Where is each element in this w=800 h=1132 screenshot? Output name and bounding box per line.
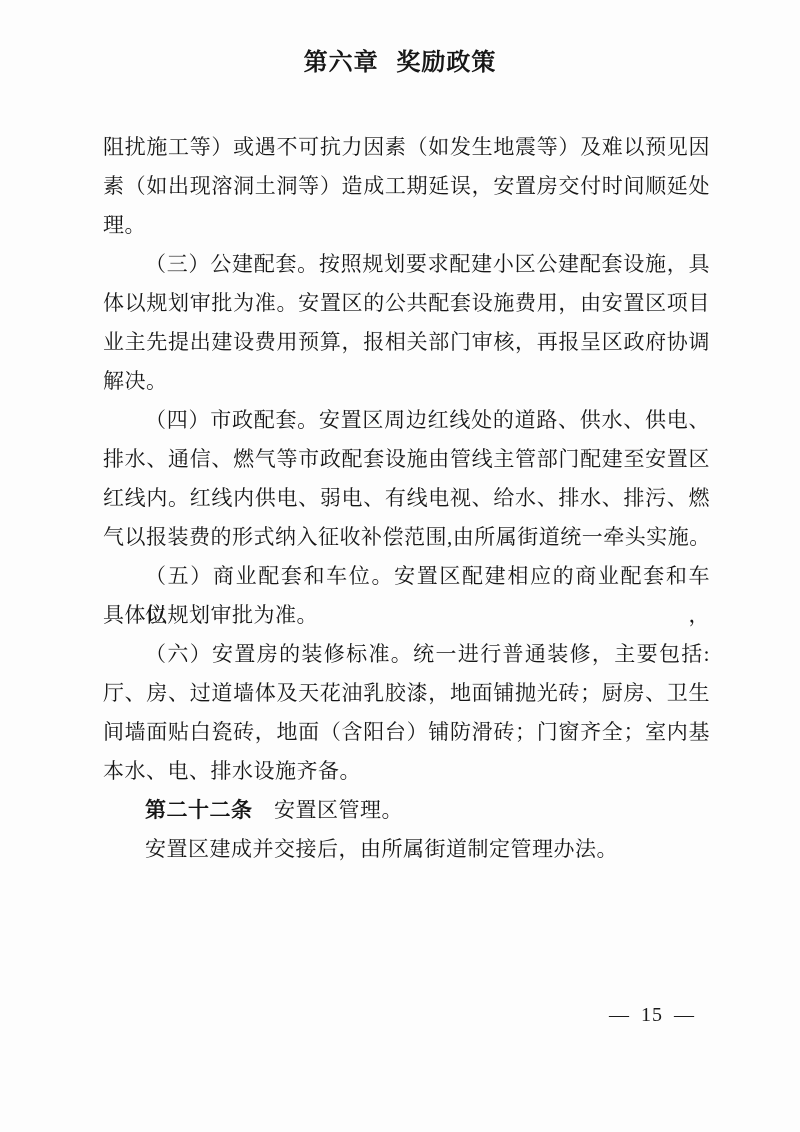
text-segment: 体以规划审批为准。安置区的公共配套设施费用，由安置区项目: [103, 291, 710, 315]
text-segment: 具体以规划审批为准。: [103, 603, 318, 627]
text-segment: 业主先提出建设费用预算，报相关部门审核，再报呈区政府协调: [103, 330, 710, 354]
text-segment: 排水、通信、燃气等市政配套设施由管线主管部门配建至安置区: [103, 447, 710, 471]
text-line: 第二十二条 安置区管理。: [103, 791, 710, 830]
text-segment: 安置区管理。: [253, 798, 404, 822]
text-segment: 素（如出现溶洞土洞等）造成工期延误，安置房交付时间顺延处: [103, 174, 710, 198]
page-number: — 15 —: [609, 1004, 695, 1027]
text-segment: 本水、电、排水设施齐备。: [103, 759, 361, 783]
text-line: （六）安置房的装修标准。统一进行普通装修，主要包括:: [103, 635, 710, 674]
text-line: 间墙面贴白瓷砖，地面（含阳台）铺防滑砖；门窗齐全；室内基: [103, 713, 710, 752]
text-segment: （六）安置房的装修标准。统一进行普通装修，主要包括:: [145, 642, 710, 666]
text-segment: 红线内。红线内供电、弱电、有线电视、给水、排水、排污、燃: [103, 486, 710, 510]
text-line: 阻扰施工等）或遇不可抗力因素（如发生地震等）及难以预见因: [103, 128, 710, 167]
text-segment: 安置区建成并交接后，由所属街道制定管理办法。: [145, 837, 618, 861]
bold-text-segment: 第二十二条: [145, 799, 253, 822]
text-line: 素（如出现溶洞土洞等）造成工期延误，安置房交付时间顺延处: [103, 167, 710, 206]
text-line: 红线内。红线内供电、弱电、有线电视、给水、排水、排污、燃: [103, 479, 710, 518]
text-segment: （四）市政配套。安置区周边红线处的道路、供水、供电、: [145, 408, 710, 432]
text-segment: 间墙面贴白瓷砖，地面（含阳台）铺防滑砖；门窗齐全；室内基: [103, 720, 710, 744]
text-line: （五）商业配套和车位。安置区配建相应的商业配套和车位，: [103, 557, 710, 596]
text-line: （三）公建配套。按照规划要求配建小区公建配套设施，具: [103, 245, 710, 284]
text-line: 体以规划审批为准。安置区的公共配套设施费用，由安置区项目: [103, 284, 710, 323]
text-line: 安置区建成并交接后，由所属街道制定管理办法。: [103, 830, 710, 869]
text-segment: 理。: [103, 213, 146, 237]
document-page: 阻扰施工等）或遇不可抗力因素（如发生地震等）及难以预见因素（如出现溶洞土洞等）造…: [0, 0, 800, 1132]
text-segment: 厅、房、过道墙体及天花油乳胶漆，地面铺抛光砖；厨房、卫生: [103, 681, 710, 705]
text-line: （四）市政配套。安置区周边红线处的道路、供水、供电、: [103, 401, 710, 440]
chapter-heading: 第六章 奖励政策: [0, 43, 800, 83]
text-line: 解决。: [103, 362, 710, 401]
text-line: 理。: [103, 206, 710, 245]
text-line: 本水、电、排水设施齐备。: [103, 752, 710, 791]
text-segment: 解决。: [103, 369, 168, 393]
document-body: 阻扰施工等）或遇不可抗力因素（如发生地震等）及难以预见因素（如出现溶洞土洞等）造…: [103, 128, 710, 869]
text-line: 气以报装费的形式纳入征收补偿范围,由所属街道统一牵头实施。: [103, 518, 710, 557]
text-line: 厅、房、过道墙体及天花油乳胶漆，地面铺抛光砖；厨房、卫生: [103, 674, 710, 713]
text-line: 业主先提出建设费用预算，报相关部门审核，再报呈区政府协调: [103, 323, 710, 362]
text-segment: 阻扰施工等）或遇不可抗力因素（如发生地震等）及难以预见因: [103, 135, 710, 159]
text-segment: 气以报装费的形式纳入征收补偿范围,由所属街道统一牵头实施。: [103, 525, 711, 549]
text-line: 排水、通信、燃气等市政配套设施由管线主管部门配建至安置区: [103, 440, 710, 479]
text-segment: （三）公建配套。按照规划要求配建小区公建配套设施，具: [145, 252, 710, 276]
